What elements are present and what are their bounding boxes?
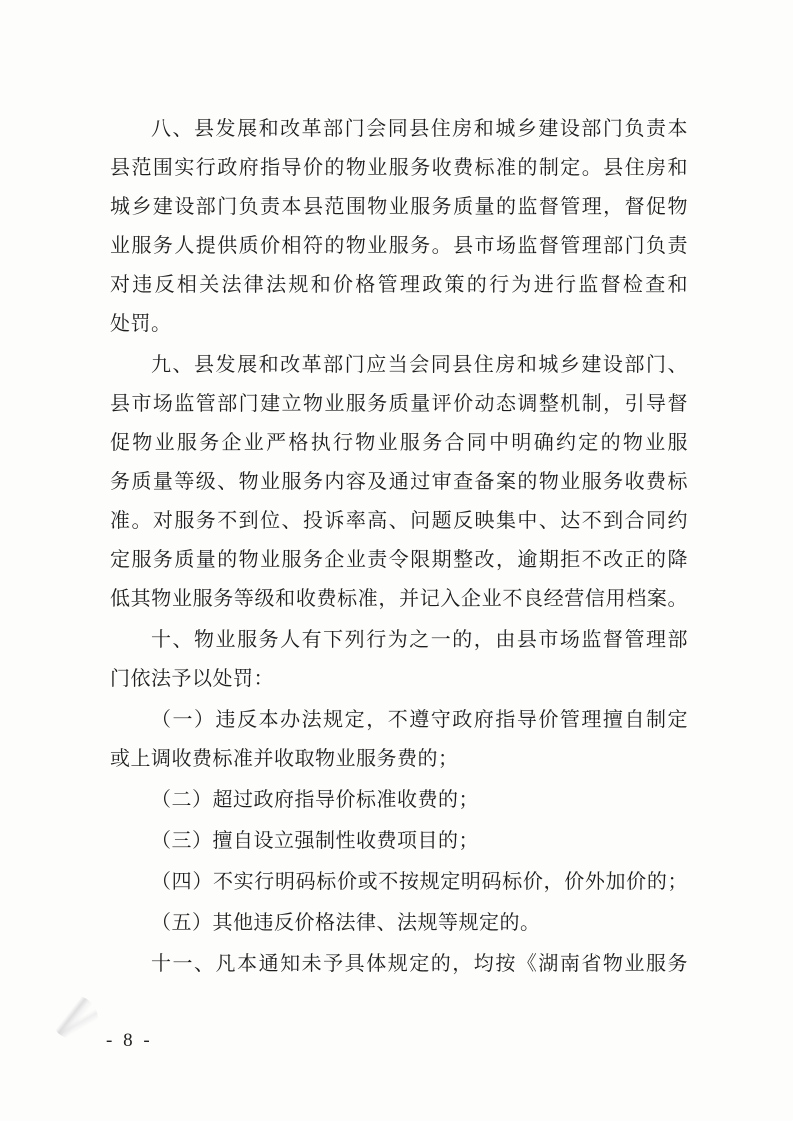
text-line: 或上调收费标准并收取物业服务费的； (110, 740, 688, 779)
text-line: 八、县发展和改革部门会同县住房和城乡建设部门负责本 (110, 110, 688, 149)
text-line: 促物业服务企业严格执行物业服务合同中明确约定的物业服 (110, 424, 688, 463)
text-line: （一）违反本办法规定，不遵守政府指导价管理擅自制定 (110, 701, 688, 740)
document-page: 八、县发展和改革部门会同县住房和城乡建设部门负责本县范围实行政府指导价的物业服务… (0, 0, 793, 1121)
text-line: 城乡建设部门负责本县范围物业服务质量的监督管理，督促物 (110, 188, 688, 227)
clause-9: 九、县发展和改革部门应当会同县住房和城乡建设部门、县市场监管部门建立物业服务质量… (110, 346, 688, 619)
text-line: 县范围实行政府指导价的物业服务收费标准的制定。县住房和 (110, 149, 688, 188)
document-body: 八、县发展和改革部门会同县住房和城乡建设部门负责本县范围实行政府指导价的物业服务… (110, 110, 688, 986)
text-line: 门依法予以处罚： (110, 660, 688, 699)
clause-10-item-5: （五）其他违反价格法律、法规等规定的。 (110, 904, 688, 943)
text-line: 务质量等级、物业服务内容及通过审查备案的物业服务收费标 (110, 463, 688, 502)
text-line: 低其物业服务等级和收费标准，并记入企业不良经营信用档案。 (110, 580, 688, 619)
text-line: 县市场监管部门建立物业服务质量评价动态调整机制，引导督 (110, 385, 688, 424)
clause-11: 十一、凡本通知未予具体规定的，均按《湖南省物业服务 (110, 945, 688, 984)
pencil-smudge-mark (52, 995, 98, 1039)
text-line: （三）擅自设立强制性收费项目的； (110, 822, 688, 861)
page-number: - 8 - (106, 1030, 153, 1052)
text-line: 准。对服务不到位、投诉率高、问题反映集中、达不到合同约 (110, 502, 688, 541)
text-line: 定服务质量的物业服务企业责令限期整改，逾期拒不改正的降 (110, 541, 688, 580)
text-line: 九、县发展和改革部门应当会同县住房和城乡建设部门、 (110, 346, 688, 385)
clause-10-item-4: （四）不实行明码标价或不按规定明码标价，价外加价的； (110, 863, 688, 902)
text-line: 业服务人提供质价相符的物业服务。县市场监督管理部门负责 (110, 227, 688, 266)
clause-10: 十、物业服务人有下列行为之一的，由县市场监督管理部门依法予以处罚： (110, 621, 688, 699)
clause-10-item-1: （一）违反本办法规定，不遵守政府指导价管理擅自制定或上调收费标准并收取物业服务费… (110, 701, 688, 779)
text-line: 十一、凡本通知未予具体规定的，均按《湖南省物业服务 (110, 945, 688, 984)
clause-10-item-3: （三）擅自设立强制性收费项目的； (110, 822, 688, 861)
text-line: 十、物业服务人有下列行为之一的，由县市场监督管理部 (110, 621, 688, 660)
clause-8: 八、县发展和改革部门会同县住房和城乡建设部门负责本县范围实行政府指导价的物业服务… (110, 110, 688, 344)
text-line: 对违反相关法律法规和价格管理政策的行为进行监督检查和 (110, 266, 688, 305)
text-line: （二）超过政府指导价标准收费的； (110, 781, 688, 820)
text-line: 处罚。 (110, 305, 688, 344)
text-line: （四）不实行明码标价或不按规定明码标价，价外加价的； (110, 863, 688, 902)
text-line: （五）其他违反价格法律、法规等规定的。 (110, 904, 688, 943)
clause-10-item-2: （二）超过政府指导价标准收费的； (110, 781, 688, 820)
